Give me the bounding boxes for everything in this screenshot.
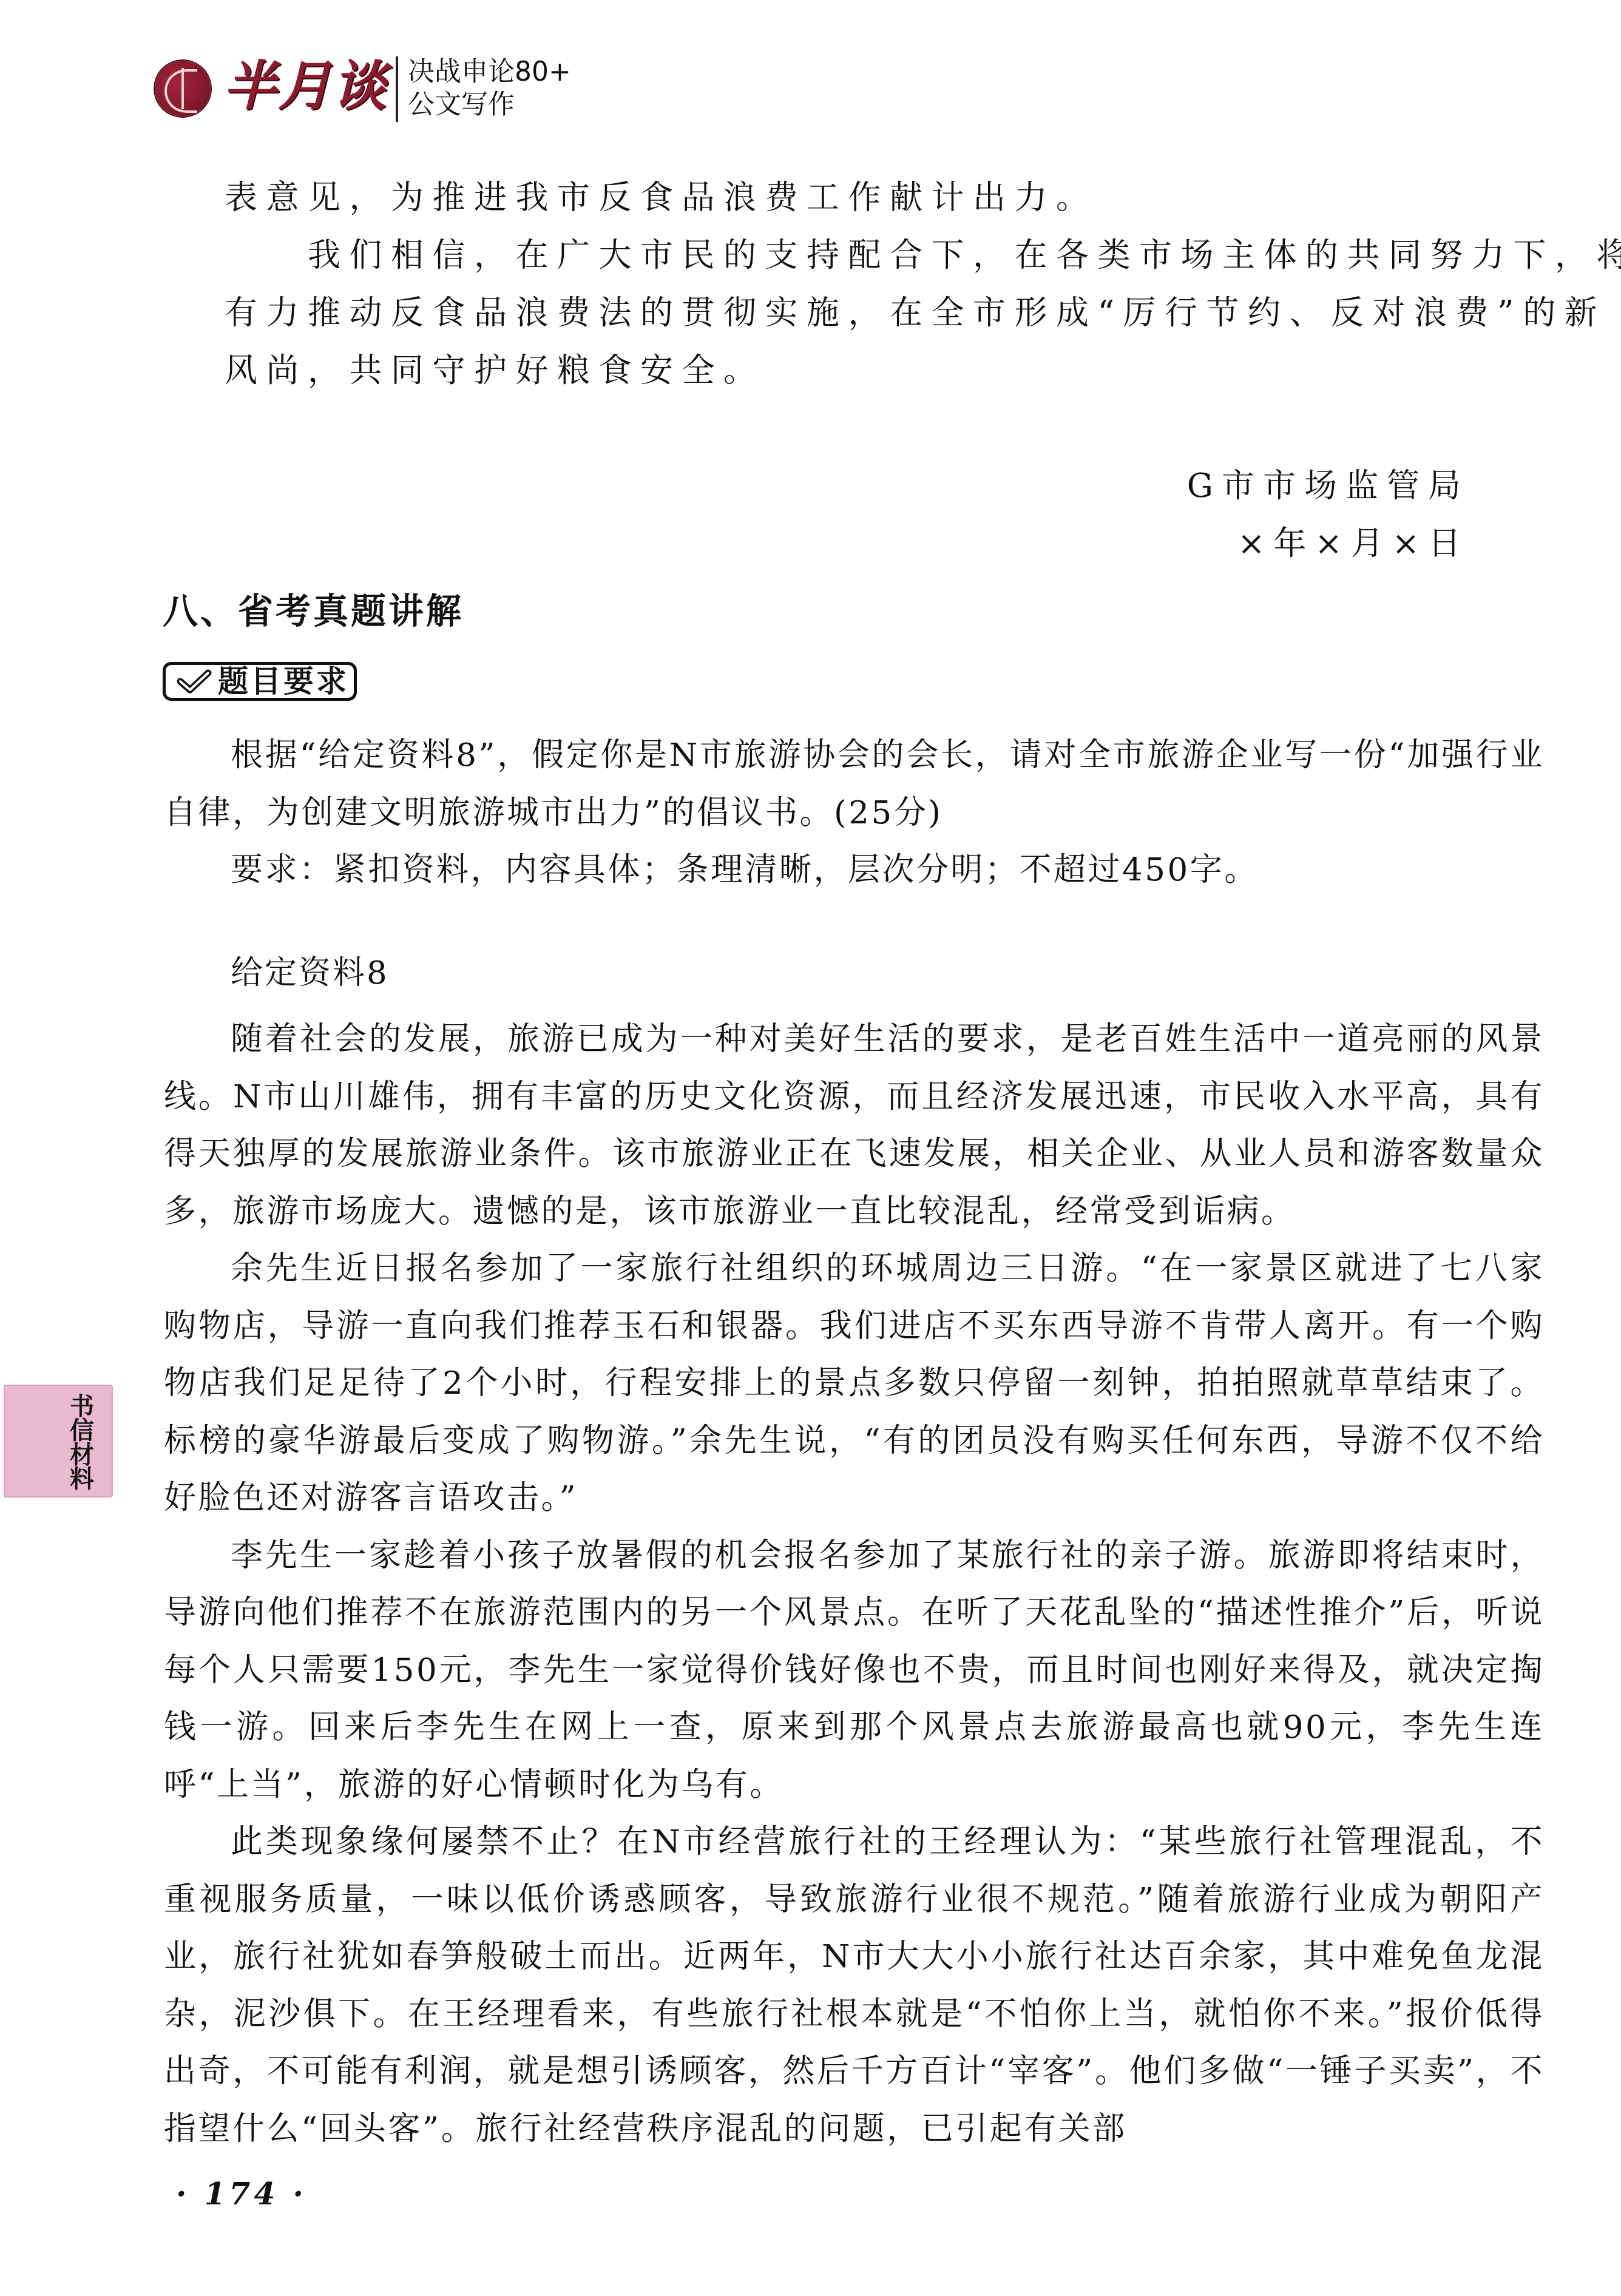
book-title-line1: 决战申论80+ xyxy=(408,56,571,89)
letter-line: 有力推动反食品浪费法的贯彻实施，在全市形成“厉行节约、反对浪费”的新 xyxy=(225,295,1475,331)
brand-name: 半月谈 xyxy=(223,56,387,116)
question-requirement-badge: 题目要求 xyxy=(163,662,357,701)
material-paragraph: 李先生一家趁着小孩子放暑假的机会报名参加了某旅行社的亲子游。旅游即将结束时，导游… xyxy=(164,1527,1545,1814)
letter-date: ×年×月×日 xyxy=(1237,525,1469,562)
brand-logo-icon xyxy=(155,61,211,116)
letter-signature: G市市场监管局 xyxy=(1187,468,1469,504)
letter-line: 风尚，共同守护好粮食安全。 xyxy=(225,353,1475,389)
material-title: 给定资料8 xyxy=(231,955,389,991)
side-tab-label: 书信材料 xyxy=(67,1394,97,1491)
material-body: 随着社会的发展，旅游已成为一种对美好生活的要求，是老百姓生活中一道亮丽的风景线。… xyxy=(164,1011,1545,2158)
letter-line: 表意见，为推进我市反食品浪费工作献计出力。 xyxy=(225,180,1475,216)
question-requirements: 要求：紧扣资料，内容具体；条理清晰，层次分明；不超过450字。 xyxy=(164,842,1545,899)
chapter-side-tab: 书信材料 xyxy=(4,1385,113,1497)
page-number: · 174 · xyxy=(176,2177,307,2211)
check-icon xyxy=(177,669,212,694)
book-title-line2: 公文写作 xyxy=(408,89,571,121)
question-text: 根据“给定资料8”，假定你是N市旅游协会的会长，请对全市旅游企业写一份“加强行业… xyxy=(164,727,1545,842)
question-block: 根据“给定资料8”，假定你是N市旅游协会的会长，请对全市旅游企业写一份“加强行业… xyxy=(164,727,1545,899)
header-divider xyxy=(396,56,398,122)
material-paragraph: 余先生近日报名参加了一家旅行社组织的环城周边三日游。“在一家景区就进了七八家购物… xyxy=(164,1240,1545,1527)
material-paragraph: 随着社会的发展，旅游已成为一种对美好生活的要求，是老百姓生活中一道亮丽的风景线。… xyxy=(164,1011,1545,1240)
material-paragraph: 此类现象缘何屡禁不止？在N市经营旅行社的王经理认为：“某些旅行社管理混乱，不重视… xyxy=(164,1814,1545,2158)
book-title: 决战申论80+ 公文写作 xyxy=(408,56,571,121)
letter-line: 我们相信，在广大市民的支持配合下，在各类市场主体的共同努力下，将 xyxy=(225,237,1475,274)
badge-label: 题目要求 xyxy=(218,664,349,698)
section-heading: 八、省考真题讲解 xyxy=(163,590,464,632)
